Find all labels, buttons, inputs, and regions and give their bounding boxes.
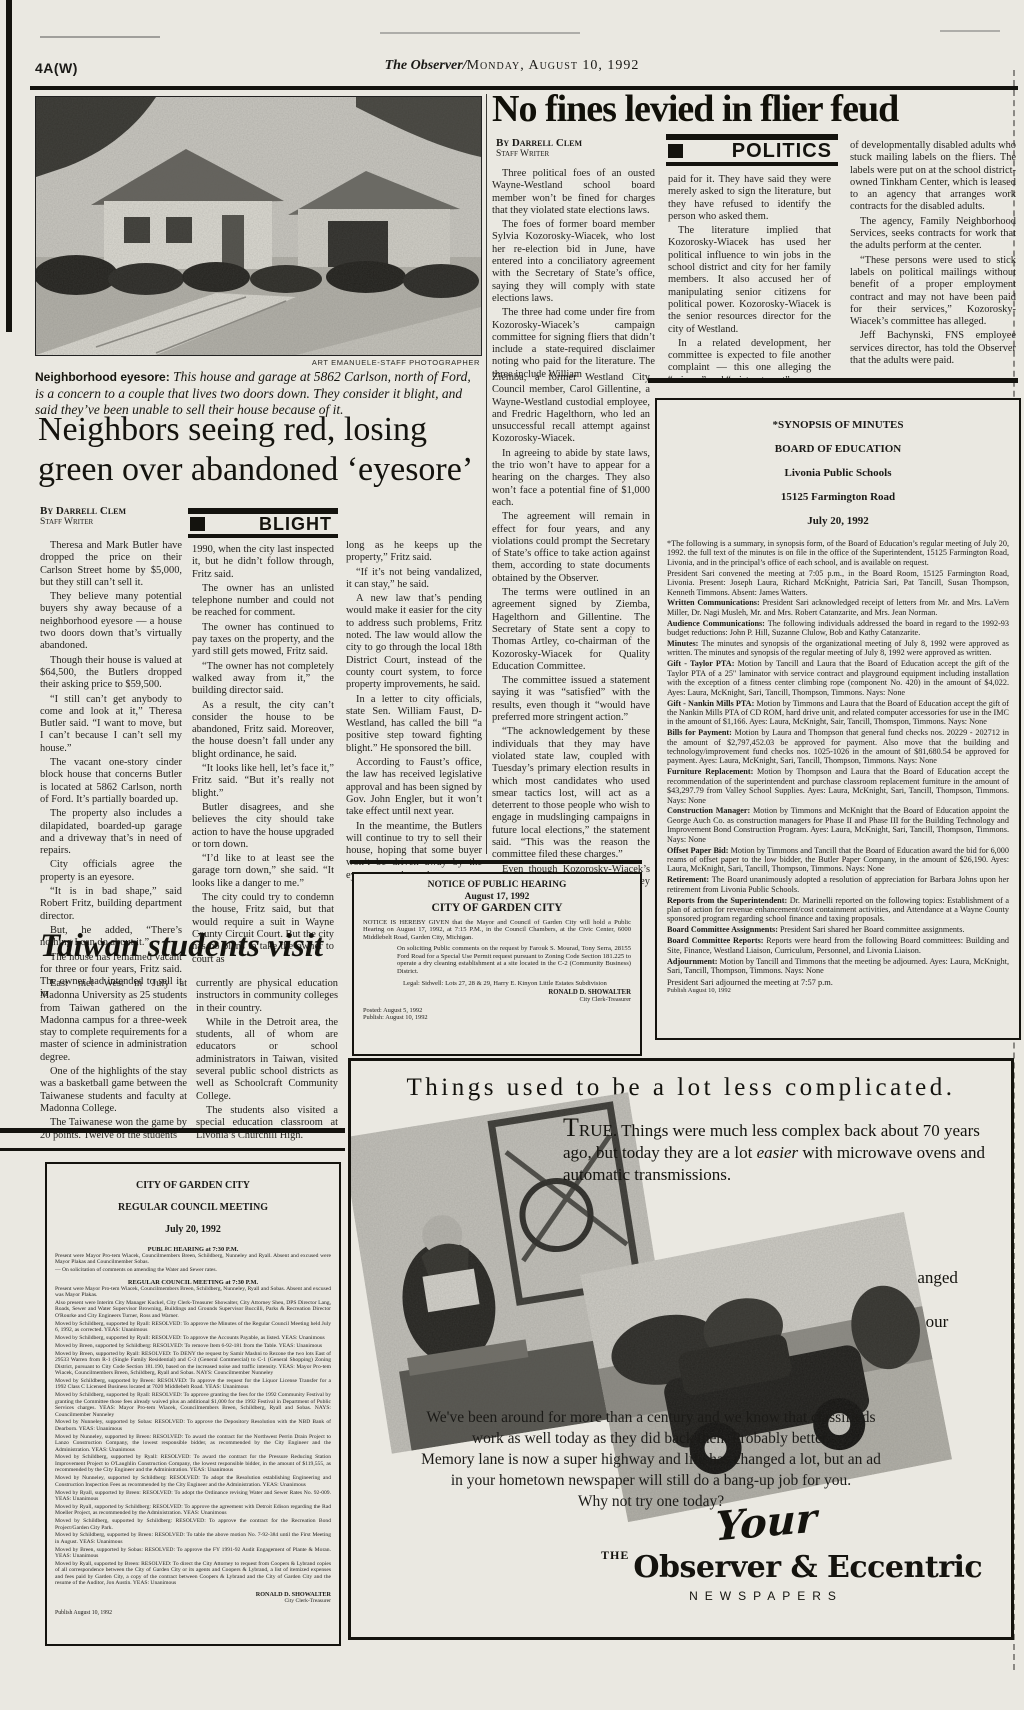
ad-paragraph-true-em: easier [757, 1143, 799, 1162]
paragraph: The vacant one-story cinder block house … [40, 757, 182, 806]
paragraph: Present were Mayor Pro-tem Wiacek, Counc… [55, 1286, 331, 1299]
paragraph: Furniture Replacement: Motion by Thompso… [667, 767, 1009, 805]
ad-headline: Things used to be a lot less complicated… [351, 1075, 1011, 1100]
eyesore-headline-line1: Neighbors seeing red, losing [38, 410, 498, 450]
paragraph: “The owner has not completely walked awa… [192, 661, 334, 698]
flier-byline: By Darrell Clem [496, 138, 582, 149]
paragraph: Livonia Public Schools [667, 467, 1009, 480]
kicker-square-icon [190, 517, 205, 531]
paragraph: July 20, 1992 [667, 515, 1009, 528]
paragraph: The literature implied that Kozorosky-Wi… [668, 225, 831, 336]
scan-dash [380, 32, 580, 34]
paragraph: *The following is a summary, in synopsis… [667, 539, 1009, 567]
paragraph: Theresa and Mark Butler have dropped the… [40, 540, 182, 589]
synopsis-adjourn: President Sari adjourned the meeting at … [667, 978, 1009, 987]
paragraph: The property also includes a dilapidated… [40, 808, 182, 857]
paragraph: According to Faust’s office, the law has… [346, 757, 482, 818]
paragraph: We've been around for more than a centur… [391, 1407, 911, 1428]
masthead: The Observer/Monday, August 10, 1992 [0, 58, 1024, 74]
house-photo [35, 96, 482, 356]
paragraph: Butler disagrees, and she believes the c… [192, 802, 334, 851]
paragraph: Minutes: The minutes and synopsis of the… [667, 639, 1009, 658]
council-regular-meeting-header: REGULAR COUNCIL MEETING at 7:30 P.M. [55, 1279, 331, 1286]
synopsis-body: *The following is a summary, in synopsis… [667, 539, 1009, 975]
eyesore-column-3: long as he keeps up the property,” Fritz… [346, 540, 482, 856]
garden-city-council-minutes: CITY OF GARDEN CITYREGULAR COUNCIL MEETI… [45, 1162, 341, 1646]
taiwan-column-2: currently are physical education instruc… [196, 978, 338, 1118]
flier-column-1: Three political foes of an ousted Wayne-… [492, 168, 655, 368]
paragraph: Reports from the Superintendent: Dr. Mar… [667, 896, 1009, 924]
paragraph: 15125 Farmington Road [667, 491, 1009, 504]
notice-title-line3: CITY OF GARDEN CITY [363, 903, 631, 915]
paragraph: City officials agree the property is an … [40, 859, 182, 884]
paragraph: CITY OF GARDEN CITY [55, 1180, 331, 1192]
paragraph: Moved by Nunneley, supported by Schildbe… [55, 1475, 331, 1488]
paragraph: Moved by Breen, supported by Sobas: RESO… [55, 1547, 331, 1560]
paragraph: A new law that’s pending would make it e… [346, 593, 482, 691]
paragraph: paid for it. They have said they were me… [668, 174, 831, 223]
paragraph: — On solicitation of comments on amendin… [55, 1267, 331, 1273]
eyesore-headline: Neighbors seeing red, losing green over … [38, 410, 498, 490]
politics-kicker-label: POLITICS [732, 141, 832, 161]
left-separator-rule-1 [0, 1128, 345, 1133]
paragraph: “It looks like hell, let’s face it,” Fri… [192, 763, 334, 800]
council-title: CITY OF GARDEN CITYREGULAR COUNCIL MEETI… [55, 1180, 331, 1236]
eyesore-column-2: 1990, when the city last inspected it, b… [192, 544, 334, 922]
paragraph: The agency, Family Neighborhood Services… [850, 216, 1016, 253]
newspaper-page: 4A(W) The Observer/Monday, August 10, 19… [0, 0, 1024, 1710]
paragraph: Moved by Schildberg, supported by Ryall:… [55, 1321, 331, 1334]
eyesore-headline-line2: green over abandoned ‘eyesore’ [38, 450, 498, 490]
flier-byline-block: By Darrell Clem Staff Writer [496, 138, 582, 159]
paragraph: Though their house is valued at $64,500,… [40, 655, 182, 692]
paragraph: Moved by Schildberg, supported by Breen:… [55, 1378, 331, 1391]
paragraph: work as well today as they did back then… [391, 1428, 911, 1449]
paragraph: Present were Mayor Pro-tem Wiacek, Counc… [55, 1253, 331, 1266]
logo-newspapers: NEWSPAPERS [601, 1589, 931, 1603]
board-of-education-synopsis: *SYNOPSIS OF MINUTESBOARD OF EDUCATIONLi… [655, 398, 1021, 1040]
paragraph: While in the Detroit area, the students,… [196, 1017, 338, 1103]
logo-name: Observer & Eccentric [633, 1550, 982, 1585]
caption-lead: Neighborhood eyesore: [35, 370, 170, 384]
eyesore-byline: By Darrell Clem [40, 506, 126, 517]
council-signature-role: City Clerk-Treasurer [55, 1598, 331, 1604]
taiwan-column-1: East met West in July at Madonna Univers… [40, 978, 187, 1118]
paragraph: The agreement will remain in effect for … [492, 511, 650, 585]
paragraph: “The acknowledgement by these individual… [492, 726, 650, 861]
paragraph: Moved by Ryall, supported by Breen: RESO… [55, 1490, 331, 1503]
paragraph: One of the highlights of the stay was a … [40, 1066, 187, 1115]
flier-column-2: paid for it. They have said they were me… [668, 174, 831, 368]
paragraph: Moved by Ryall, supported by Schildberg:… [55, 1504, 331, 1517]
paragraph: July 20, 1992 [55, 1224, 331, 1236]
logo-the: THE [601, 1548, 629, 1562]
blight-kicker-label: BLIGHT [259, 515, 332, 533]
council-publish-date: Publish August 10, 1992 [55, 1610, 331, 1616]
paragraph: *SYNOPSIS OF MINUTES [667, 419, 1009, 432]
council-public-hearing-header: PUBLIC HEARING at 7:30 P.M. [55, 1246, 331, 1253]
paragraph: In a letter to city officials, state Sen… [346, 694, 482, 755]
paragraph: In agreeing to abide by state laws, the … [492, 448, 650, 509]
synopsis-publish: Publish August 10, 1992 [667, 987, 1009, 994]
paragraph: REGULAR COUNCIL MEETING [55, 1202, 331, 1214]
synopsis-top-rule [648, 378, 1018, 383]
paragraph: “I still can’t get anybody to come and l… [40, 694, 182, 755]
paragraph: As a result, the city can’t consider the… [192, 700, 334, 761]
paragraph: Also present were Interim City Manager K… [55, 1300, 331, 1319]
paragraph: They believe many potential buyers shy a… [40, 591, 182, 652]
eyesore-column-1: Theresa and Mark Butler have dropped the… [40, 540, 182, 922]
paragraph: Jeff Bachynski, FNS employee services di… [850, 330, 1016, 367]
paragraph: The owner has an unlisted telephone numb… [192, 583, 334, 620]
paragraph: Construction Manager: Motion by Timmons … [667, 806, 1009, 844]
scan-dash [40, 36, 160, 38]
paragraph: “I’d like to at least see the garage tor… [192, 853, 334, 890]
paragraph: Moved by Schildberg, supported by Schild… [55, 1518, 331, 1531]
eyesore-byline-role: Staff Writer [40, 517, 126, 527]
paragraph: Offset Paper Bid: Motion by Timmons and … [667, 846, 1009, 874]
council-regular-meeting-body: Present were Mayor Pro-tem Wiacek, Counc… [55, 1286, 331, 1587]
paragraph: Moved by Schildberg, supported by Ryall:… [55, 1454, 331, 1473]
paragraph: Written Communications: President Sari a… [667, 598, 1009, 617]
notice-signature: RONALD D. SHOWALTER [363, 989, 631, 996]
kicker-square-icon [668, 144, 683, 158]
notice-title-line1: NOTICE OF PUBLIC HEARING [363, 880, 631, 892]
paragraph: in your hometown newspaper will still do… [391, 1470, 911, 1491]
paragraph: of developmentally disabled adults who s… [850, 140, 1016, 214]
paragraph: President Sari convened the meeting at 7… [667, 569, 1009, 597]
paragraph: The three had come under fire from Kozor… [492, 307, 655, 381]
paragraph: “It is in bad shape,” said Robert Fritz,… [40, 886, 182, 923]
paragraph: Board Committee Assignments: President S… [667, 925, 1009, 934]
paragraph: Memory lane is now a super highway and l… [391, 1449, 911, 1470]
notice-title: NOTICE OF PUBLIC HEARING August 17, 1992… [363, 880, 631, 915]
ad-bottom-copy: We've been around for more than a centur… [391, 1407, 911, 1512]
scan-edge-mark [6, 0, 12, 332]
paragraph: The owner has continued to pay taxes on … [192, 622, 334, 659]
photo-credit: ART EMANUELE-STAFF PHOTOGRAPHER [250, 358, 480, 367]
notice-publish-date: Publish: August 10, 1992 [363, 1014, 631, 1021]
notice-paragraph-1: NOTICE IS HEREBY GIVEN that the Mayor an… [363, 919, 631, 942]
paragraph: BOARD OF EDUCATION [667, 443, 1009, 456]
paragraph: The students also visited a special educ… [196, 1105, 338, 1142]
paragraph: Ziemba, a former Westland City Council m… [492, 372, 650, 446]
eyesore-byline-block: By Darrell Clem Staff Writer [40, 506, 126, 527]
house-photo-art [36, 97, 481, 355]
paragraph: Audience Communications: The following i… [667, 619, 1009, 638]
paragraph: Moved by Schildberg, supported by Ryall:… [55, 1335, 331, 1341]
paragraph: Retirement: The Board unanimously adopte… [667, 875, 1009, 894]
paragraph: Moved by Schildberg, supported by Ryall:… [55, 1392, 331, 1418]
notice-posted-date: Posted: August 5, 1992 [363, 1007, 631, 1014]
paragraph: Moved by Nunneley, supported by Sobas: R… [55, 1419, 331, 1432]
ad-dropcap: T [563, 1113, 579, 1142]
public-hearing-notice: NOTICE OF PUBLIC HEARING August 17, 1992… [352, 872, 642, 1056]
paragraph: The committee issued a statement saying … [492, 675, 650, 724]
paragraph: long as he keeps up the property,” Fritz… [346, 540, 482, 565]
scan-dash [940, 30, 1000, 32]
flier-headline: No fines levied in flier feud [492, 90, 1022, 128]
masthead-date: Monday, August 10, 1992 [467, 58, 640, 73]
notice-top-rule [350, 860, 642, 864]
paragraph: Moved by Breen, supported by Schildberg:… [55, 1343, 331, 1349]
blight-kicker: BLIGHT [188, 508, 338, 538]
paragraph: Gift - Taylor PTA: Motion by Tancill and… [667, 659, 1009, 697]
masthead-paper-name: The Observer/ [385, 58, 467, 73]
notice-legal: Legal: Sidwell: Lots 27, 28 & 29, Harry … [403, 980, 631, 987]
paragraph: The foes of former board member Sylvia K… [492, 219, 655, 305]
paragraph: The terms were outlined in an agreement … [492, 587, 650, 673]
flier-column-1-continued: Ziemba, a former Westland City Council m… [492, 372, 650, 858]
paragraph: Moved by Breen, supported by Ryall: RESO… [55, 1351, 331, 1377]
notice-paragraph-2: On soliciting Public comments on the req… [397, 945, 631, 975]
paragraph: “These persons were used to stick labels… [850, 255, 1016, 329]
paragraph: Board Committee Reports: Reports were he… [667, 936, 1009, 955]
synopsis-title: *SYNOPSIS OF MINUTESBOARD OF EDUCATIONLi… [667, 419, 1009, 528]
council-signature: RONALD D. SHOWALTER [55, 1591, 331, 1598]
notice-signature-role: City Clerk-Treasurer [363, 996, 631, 1003]
flier-byline-role: Staff Writer [496, 149, 582, 159]
paragraph: Gift - Nankin Mills PTA: Motion by Timmo… [667, 699, 1009, 727]
paragraph: 1990, when the city last inspected it, b… [192, 544, 334, 581]
paragraph: “If it’s not being vandalized, it can st… [346, 567, 482, 592]
classifieds-advertisement: Things used to be a lot less complicated… [348, 1058, 1014, 1640]
paragraph: Three political foes of an ousted Wayne-… [492, 168, 655, 217]
left-separator-rule-2 [0, 1148, 345, 1151]
flier-column-3: of developmentally disabled adults who s… [850, 140, 1016, 370]
logo-your-script: Your [715, 1494, 817, 1550]
council-public-hearing-body: Present were Mayor Pro-tem Wiacek, Counc… [55, 1253, 331, 1274]
notice-posted: Posted: August 5, 1992 Publish: August 1… [363, 1007, 631, 1022]
observer-eccentric-logo: Your THEObserver & Eccentric NEWSPAPERS [601, 1499, 931, 1603]
ad-paragraph-true: TRUE. Things were much less complex back… [563, 1117, 995, 1186]
politics-kicker: POLITICS [666, 134, 838, 166]
paragraph: Bills for Payment: Motion by Laura and T… [667, 728, 1009, 766]
paragraph: Moved by Schildberg, supported by Breen:… [55, 1532, 331, 1545]
paragraph: Adjournment: Motion by Tancill and Timmo… [667, 957, 1009, 976]
paragraph: East met West in July at Madonna Univers… [40, 978, 187, 1064]
paragraph: currently are physical education instruc… [196, 978, 338, 1015]
paragraph: Moved by Nunneley, supported by Breen: R… [55, 1434, 331, 1453]
paragraph: Moved by Ryall, supported by Breen: RESO… [55, 1561, 331, 1587]
